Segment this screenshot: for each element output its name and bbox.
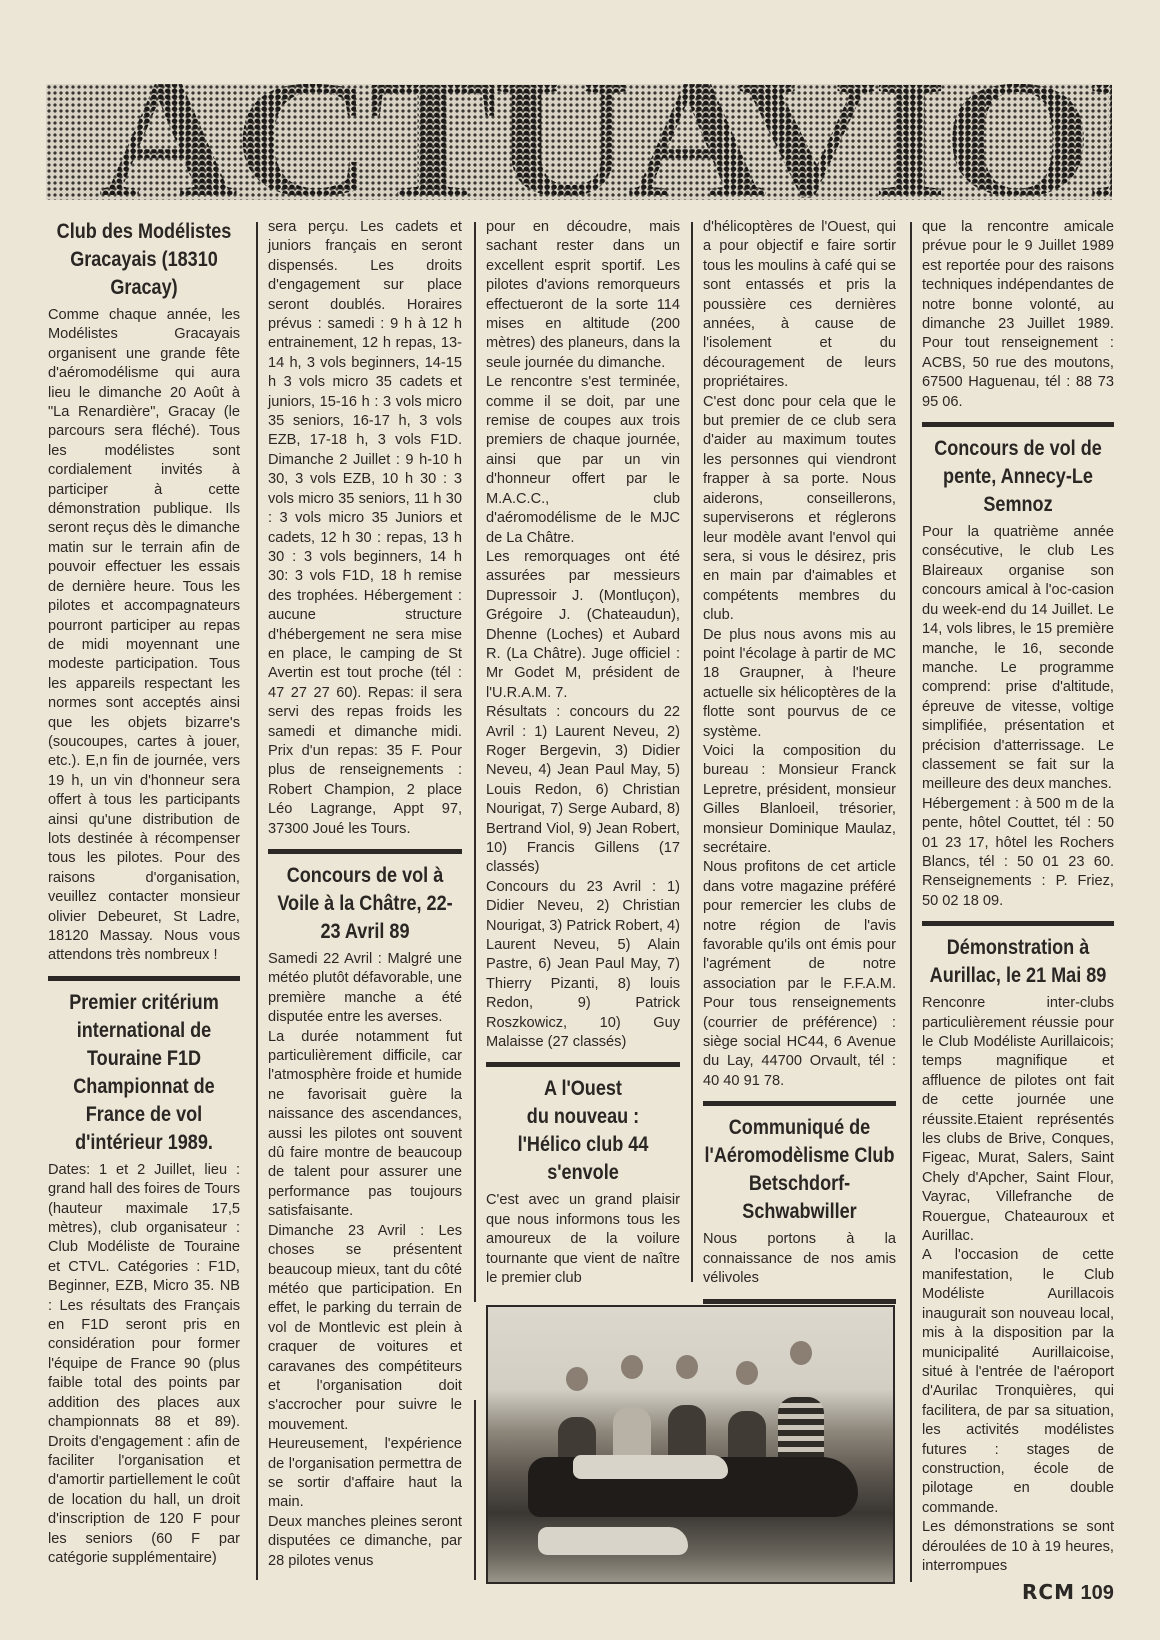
article-title-touraine: Premier critérium international de Toura… <box>49 989 238 1157</box>
article-paragraph: La durée notamment fut particulièrement … <box>268 1028 462 1222</box>
column-4: d'hélicoptères de l'Ouest, qui a pour ob… <box>703 218 896 1308</box>
column-1: Club des Modélistes Gracayais (18310 Gra… <box>48 218 240 1568</box>
article-body-gracay: Comme chaque année, les Modélistes Graca… <box>48 306 240 966</box>
column-divider <box>691 222 693 1282</box>
column-divider <box>910 222 912 1582</box>
article-paragraph: Nous profitons de cet article dans votre… <box>703 858 896 1091</box>
article-title-betschdorf: Communiqué de l'Aéromodèlisme Club Betsc… <box>704 1114 894 1226</box>
person-head <box>736 1361 758 1385</box>
article-paragraph: Deux manches pleines seront disputées ce… <box>268 1513 462 1571</box>
section-divider <box>703 1299 896 1304</box>
column-divider <box>256 1400 258 1580</box>
article-paragraph: pour en découdre, mais sachant rester da… <box>486 218 680 373</box>
page-folio: RCM 109 <box>1022 1580 1114 1605</box>
article-paragraph: Pour la quatrième année consécutive, le … <box>922 523 1114 795</box>
person-head <box>676 1355 698 1379</box>
article-paragraph: Le rencontre s'est terminée, comme il se… <box>486 373 680 548</box>
person-head <box>790 1341 812 1365</box>
article-title-gracay: Club des Modélistes Gracayais (18310 Gra… <box>49 218 238 302</box>
article-paragraph: Voici la composition du bureau : Monsieu… <box>703 742 896 858</box>
article-paragraph: De plus nous avons mis au point l'écolag… <box>703 626 896 742</box>
article-body-touraine-cont: sera perçu. Les cadets et juniors frança… <box>268 218 462 839</box>
section-divider <box>922 422 1114 427</box>
article-paragraph: Dimanche 23 Avril : Les choses se présen… <box>268 1222 462 1435</box>
article-paragraph: Les démonstrations se sont déroulées de … <box>922 1518 1114 1576</box>
helicopter-canopy <box>538 1527 688 1555</box>
article-paragraph: que la rencontre amicale prévue pour le … <box>922 218 1114 412</box>
title-line: du nouveau : <box>488 1103 679 1131</box>
section-divider <box>922 921 1114 926</box>
article-title-annecy: Concours de vol de pente, Annecy-Le Semn… <box>923 435 1112 519</box>
helicopter-club-photo <box>486 1305 895 1584</box>
masthead-banner: ACTUAVION <box>46 84 1112 200</box>
article-body-touraine: Dates: 1 et 2 Juillet, lieu : grand hall… <box>48 1161 240 1569</box>
article-paragraph: Hébergement : à 500 m de la pente, hôtel… <box>922 795 1114 911</box>
article-title-helico44: A l'Ouest du nouveau : l'Hélico club 44 … <box>488 1075 679 1187</box>
column-3: pour en découdre, mais sachant rester da… <box>486 218 680 1289</box>
magazine-name: RCM <box>1022 1580 1075 1604</box>
article-paragraph: Heureusement, l'expérience de l'organisa… <box>268 1435 462 1513</box>
person-head <box>621 1355 643 1379</box>
column-divider <box>474 1400 476 1580</box>
section-divider <box>703 1101 896 1106</box>
page-number: 109 <box>1081 1582 1114 1604</box>
masthead-title: ACTUAVION <box>46 84 1112 200</box>
article-title-aurillac: Démonstration à Aurillac, le 21 Mai 89 <box>923 934 1112 990</box>
article-paragraph: Samedi 22 Avril : Malgré une météo plutô… <box>268 950 462 1028</box>
section-divider <box>268 849 462 854</box>
column-5: que la rencontre amicale prévue pour le … <box>922 218 1114 1576</box>
article-paragraph: d'hélicoptères de l'Ouest, qui a pour ob… <box>703 218 896 393</box>
article-paragraph: C'est donc pour cela que le but premier … <box>703 393 896 626</box>
article-paragraph: A l'occasion de cette manifestation, le … <box>922 1246 1114 1518</box>
title-line: A l'Ouest <box>488 1075 679 1103</box>
article-paragraph: C'est avec un grand plaisir que nous inf… <box>486 1191 680 1288</box>
magazine-page: ACTUAVION Club des Modélistes Gracayais … <box>0 0 1160 1640</box>
column-divider <box>474 222 476 1302</box>
results-22-avril: Résultats : concours du 22 Avril : 1) La… <box>486 703 680 878</box>
article-paragraph: Renconre inter-clubs particulièrement ré… <box>922 994 1114 1246</box>
helicopter-canopy <box>573 1455 728 1479</box>
section-divider <box>486 1062 680 1067</box>
title-line: s'envole <box>488 1159 679 1187</box>
article-paragraph: Nous portons à la connaissance de nos am… <box>703 1230 896 1288</box>
section-divider <box>48 976 240 981</box>
column-2: sera perçu. Les cadets et juniors frança… <box>268 218 462 1571</box>
column-divider <box>256 222 258 1402</box>
article-title-chatre: Concours de vol à Voile à la Châtre, 22-… <box>270 862 461 946</box>
article-paragraph: Les remorquages ont été assurées par mes… <box>486 548 680 703</box>
results-23-avril: Concours du 23 Avril : 1) Didier Neveu, … <box>486 878 680 1053</box>
title-line: l'Hélico club 44 <box>488 1131 679 1159</box>
person-head <box>566 1367 588 1391</box>
